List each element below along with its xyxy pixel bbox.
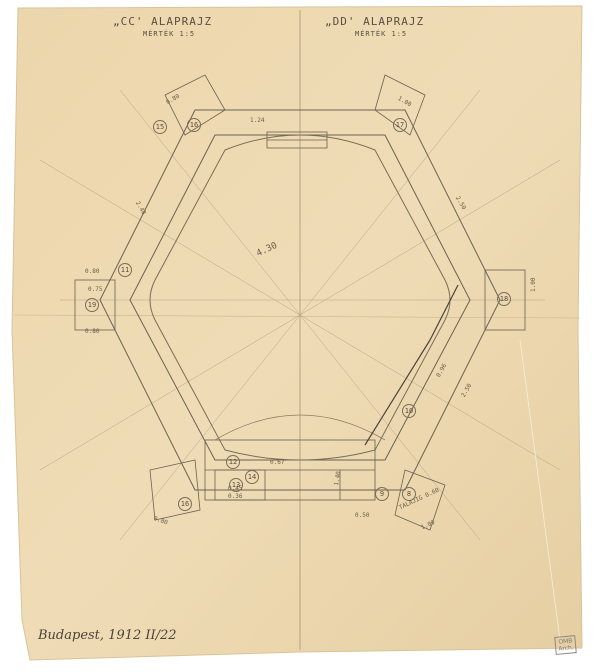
room-marker: 19 (85, 298, 99, 312)
room-marker: 9 (375, 487, 389, 501)
room-marker: 10 (402, 404, 416, 418)
dimension-label: 1.24 (250, 117, 264, 124)
room-marker: 17 (393, 118, 407, 132)
room-marker: 16 (187, 118, 201, 132)
room-marker: 12 (226, 455, 240, 469)
room-marker: 15 (153, 120, 167, 134)
signature-date: Budapest, 1912 II/22 (38, 628, 177, 643)
dimension-label: 0.67 (270, 459, 284, 466)
dimension-label: 0.80 (85, 268, 99, 275)
right-plan-scale: MÉRTÉK 1:5 (355, 30, 407, 38)
dimension-label: 0.50 (355, 512, 369, 519)
stamp-line-2: Arch. (558, 644, 574, 652)
left-plan-scale: MÉRTÉK 1:5 (143, 30, 195, 38)
room-marker: 13 (229, 478, 243, 492)
room-marker: 18 (497, 292, 511, 306)
drawing-sheet: „CC' ALAPRAJZ MÉRTÉK 1:5 „DD' ALAPRAJZ M… (0, 0, 600, 672)
dimension-label: 0.80 (85, 328, 99, 335)
room-marker: 11 (118, 263, 132, 277)
dimension-label: 0.36 (228, 493, 242, 500)
floor-plan-drawing (0, 0, 600, 672)
archive-stamp: OMB Arch. (554, 635, 577, 655)
room-marker: 14 (245, 470, 259, 484)
left-plan-title: „CC' ALAPRAJZ (113, 15, 212, 28)
room-marker: 16 (178, 497, 192, 511)
dimension-label: 1.00 (530, 278, 537, 292)
dimension-label: 0.75 (88, 286, 102, 293)
right-plan-title: „DD' ALAPRAJZ (325, 15, 424, 28)
